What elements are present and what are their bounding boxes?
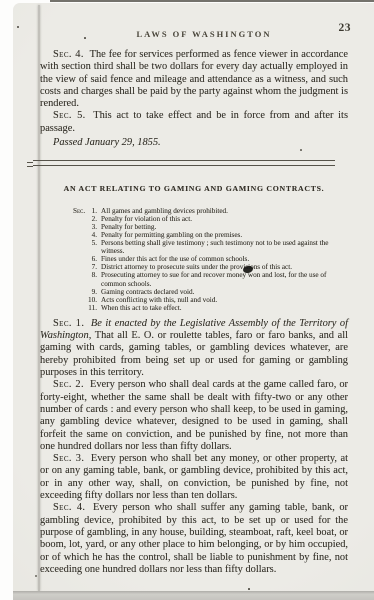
scan-top-edge: [50, 0, 374, 2]
scan-speck: [35, 575, 37, 577]
scan-speck: [300, 149, 302, 151]
section-text: Every person who shall deal cards at the…: [40, 379, 348, 451]
act-title: AN ACT RELATING TO GAMING AND GAMING CON…: [40, 183, 348, 195]
act-section-1: Sec. 1. Be it enacted by the Legislative…: [40, 318, 348, 379]
toc-row-2: 2. Penalty for violation of this act.: [40, 215, 348, 223]
prior-act-section-5: Sec. 5. This act to take effect and be i…: [40, 110, 348, 135]
act-section-4: Sec. 4. Every person who shall suffer an…: [40, 502, 348, 576]
toc-text: Gaming contracts declared void.: [97, 288, 348, 296]
toc-row-3: 3. Penalty for betting.: [40, 223, 348, 231]
passed-date-line: Passed January 29, 1855.: [40, 137, 348, 149]
scan-speck: [84, 37, 86, 39]
scanned-page: LAWS OF WASHINGTON 23 Sec. 4. The fee fo…: [0, 0, 374, 600]
toc-sec-spacer: [73, 223, 88, 231]
toc-sec-spacer: [73, 288, 88, 296]
page-number: 23: [339, 22, 352, 34]
scan-bottom-edge: [13, 591, 374, 600]
toc-row-4: 4. Penalty for permitting gambling on th…: [40, 231, 348, 239]
toc-number: 8.: [88, 271, 97, 287]
paper: LAWS OF WASHINGTON 23 Sec. 4. The fee fo…: [13, 3, 374, 591]
toc-text: Prosecuting attorney to sue for and reco…: [97, 271, 348, 287]
section-label: Sec. 5.: [53, 110, 86, 121]
toc-text: All games and gambling devices prohibite…: [97, 207, 348, 215]
toc-number: 1.: [88, 207, 97, 215]
toc-number: 2.: [88, 215, 97, 223]
toc-text: Persons betting shall give testimony ; s…: [97, 239, 348, 255]
section-divider-rule: [33, 160, 335, 166]
table-of-sections: Sec. 1. All games and gambling devices p…: [40, 207, 348, 312]
toc-text: Penalty for violation of this act.: [97, 215, 348, 223]
section-label: Sec. 2.: [53, 379, 84, 390]
text-block: Sec. 4. The fee for services performed a…: [40, 49, 348, 576]
toc-number: 9.: [88, 288, 97, 296]
toc-text: Penalty for permitting gambling on the p…: [97, 231, 348, 239]
toc-sec-spacer: [73, 304, 88, 312]
act-section-2: Sec. 2. Every person who shall deal card…: [40, 379, 348, 453]
section-label: Sec. 4.: [53, 502, 85, 513]
scan-speck: [248, 588, 250, 590]
act-section-3: Sec. 3. Every person who shall bet any m…: [40, 453, 348, 502]
section-text: Every person who shall suffer any gaming…: [40, 502, 348, 574]
toc-row-1: Sec. 1. All games and gambling devices p…: [40, 207, 348, 215]
toc-row-8: 8. Prosecuting attorney to sue for and r…: [40, 271, 348, 287]
toc-number: 4.: [88, 231, 97, 239]
toc-text: Acts conflicting with this, null and voi…: [97, 296, 348, 304]
prior-act-section-4: Sec. 4. The fee for services performed a…: [40, 49, 348, 110]
section-text: The fee for services performed as fence …: [40, 49, 348, 109]
toc-sec-spacer: [73, 255, 88, 263]
section-label: Sec. 4.: [53, 49, 84, 60]
toc-number: 10.: [88, 296, 97, 304]
section-label: Sec. 3.: [53, 453, 84, 464]
toc-text: When this act to take effect.: [97, 304, 348, 312]
toc-row-5: 5. Persons betting shall give testimony …: [40, 239, 348, 255]
toc-text: Penalty for betting.: [97, 223, 348, 231]
toc-sec-spacer: [73, 215, 88, 223]
toc-number: 11.: [88, 304, 97, 312]
section-text: Every person who shall bet any money, or…: [40, 453, 348, 501]
toc-number: 3.: [88, 223, 97, 231]
running-header: LAWS OF WASHINGTON 23: [40, 24, 348, 42]
toc-row-11: 11. When this act to take effect.: [40, 304, 348, 312]
toc-number: 5.: [88, 239, 97, 255]
toc-sec-spacer: [73, 271, 88, 287]
act-body: Sec. 1. Be it enacted by the Legislative…: [40, 318, 348, 576]
toc-sec-spacer: [73, 239, 88, 255]
section-text: This act to take effect and be in force …: [40, 110, 348, 133]
section-label: Sec. 1.: [53, 318, 84, 329]
toc-row-9: 9. Gaming contracts declared void.: [40, 288, 348, 296]
toc-row-10: 10. Acts conflicting with this, null and…: [40, 296, 348, 304]
toc-sec-spacer: [73, 296, 88, 304]
toc-sec-spacer: [73, 231, 88, 239]
scan-speck: [17, 26, 19, 28]
running-header-title: LAWS OF WASHINGTON: [136, 29, 271, 39]
toc-sec-spacer: [73, 263, 88, 271]
toc-sec-label: Sec.: [73, 207, 88, 215]
